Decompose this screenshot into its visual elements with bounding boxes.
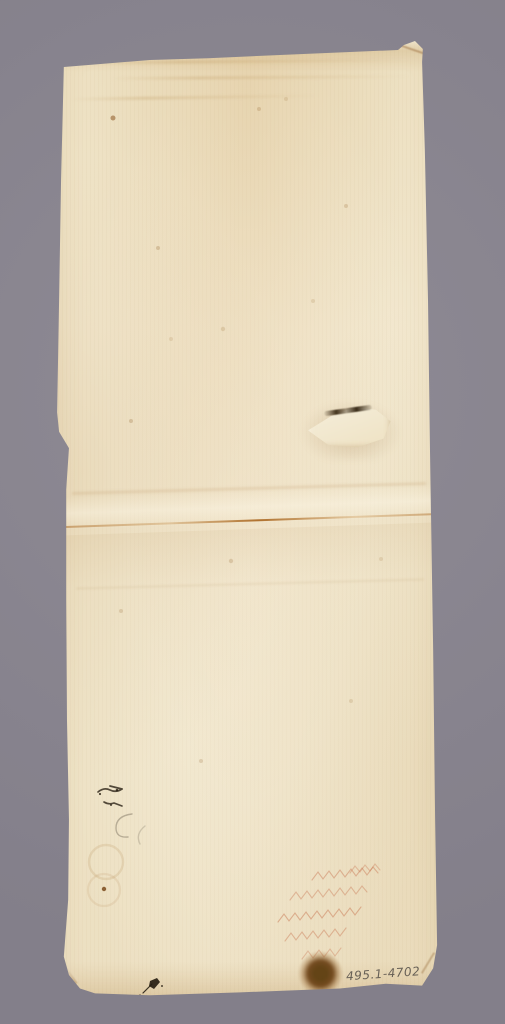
ink-dot <box>99 793 101 795</box>
wrinkle-streak <box>110 75 410 80</box>
photo-backdrop: 495.1-4702 <box>0 0 505 1024</box>
red-chalk-scribbles <box>270 863 405 973</box>
chalk-zigzag <box>290 886 367 900</box>
ink-dot <box>110 804 112 806</box>
ink-stroke <box>104 802 122 806</box>
pencil-curl <box>116 814 132 837</box>
ink-stroke <box>98 789 122 792</box>
ink-splatter-blob <box>149 978 160 989</box>
pencil-curl <box>138 826 145 844</box>
chalk-zigzag <box>285 928 346 941</box>
ink-dot <box>116 789 119 792</box>
brown-stain <box>298 951 343 996</box>
ring-stain <box>80 843 140 938</box>
ink-splatter-dot <box>161 985 163 987</box>
wrinkle-streak <box>70 94 320 100</box>
fold-shading <box>59 522 439 587</box>
paper-top-edge-tint <box>58 38 433 72</box>
ink-smudge-marks <box>90 778 165 853</box>
chalk-zigzag <box>278 907 361 922</box>
ink-splatter-dot <box>139 994 141 996</box>
foxing-spot <box>102 887 106 891</box>
foxing-specks <box>50 38 52 40</box>
ink-splatter <box>138 972 170 1002</box>
ink-stroke <box>110 786 122 789</box>
document-sheet: 495.1-4702 <box>50 38 445 1003</box>
